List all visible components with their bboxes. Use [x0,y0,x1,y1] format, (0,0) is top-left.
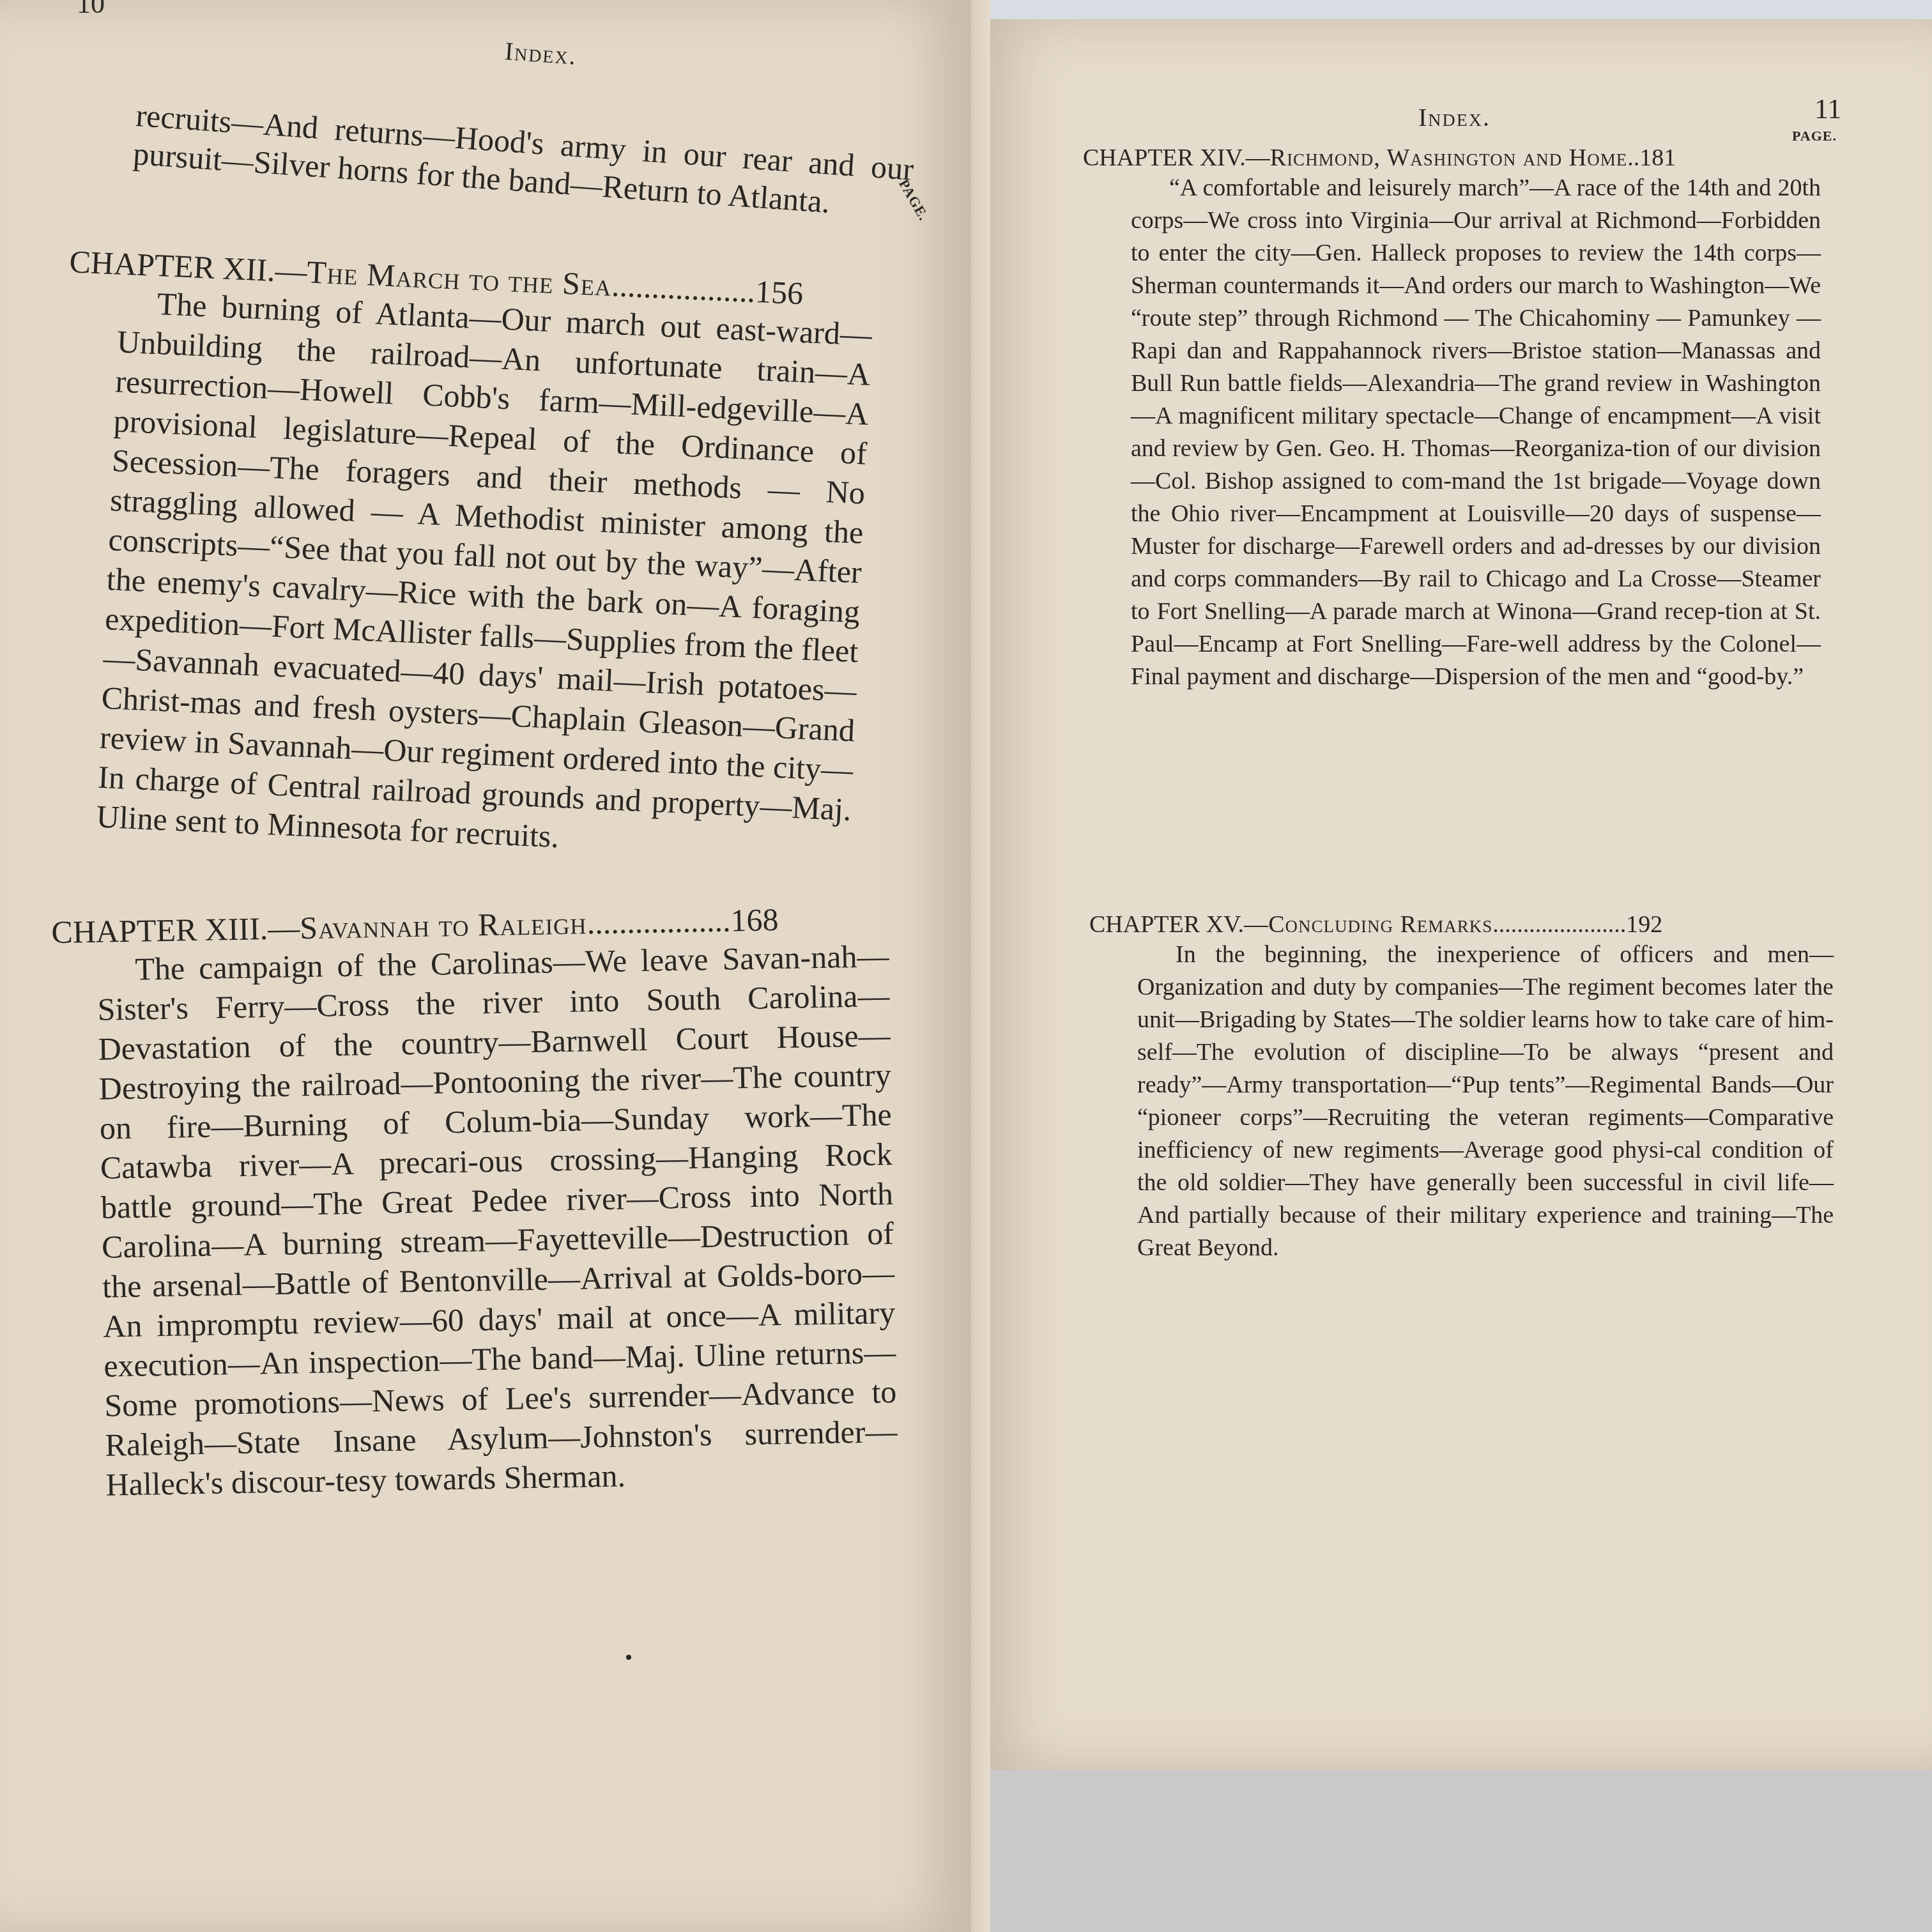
chapter-page: 156 [755,273,804,311]
chapter-summary: In the beginning, the inexperience of of… [1089,939,1834,1264]
chapter-entry: CHAPTER XV.—Concluding Remarks..........… [1089,910,1932,1264]
chapter-title: Concluding Remarks [1268,911,1492,938]
chapter-entry: CHAPTER XIV.—Richmond, Washington and Ho… [1083,144,1926,693]
chapter-entry: CHAPTER XII.—The March to the Sea.......… [45,243,939,871]
chapter-title: Richmond, Washington and Home [1270,144,1627,171]
page-number: 10 [77,0,105,20]
chapter-page: 168 [730,901,779,938]
chapter-label: CHAPTER XV.— [1089,911,1268,938]
left-page: 10 Index. PAGE. recruits—And returns—Hoo… [0,0,971,1932]
chapter-entry: CHAPTER XIII.—Savannah to Raleigh.......… [51,898,956,1505]
ink-speck [626,1655,631,1660]
chapter-leader: .................. [611,267,756,309]
chapter-page: 181 [1639,144,1676,171]
background-surface [958,1763,1932,1932]
running-head: Index. [503,36,578,71]
chapter-page: 192 [1626,911,1662,938]
right-page: Index. 11 PAGE. CHAPTER XIV.—Richmond, W… [965,19,1932,1770]
running-head: Index. [1418,102,1491,132]
continuation-block: recruits—And returns—Hood's army in our … [132,96,915,227]
chapter-leader: .. [1627,144,1639,171]
chapter-summary: The burning of Atlanta—Our march out eas… [45,280,873,869]
chapter-label: CHAPTER XIV.— [1083,144,1270,171]
chapter-heading: CHAPTER XIV.—Richmond, Washington and Ho… [1083,144,1926,172]
chapter-summary: “A comfortable and leisurely march”—A ra… [1083,172,1821,693]
chapter-label: CHAPTER XIII.— [51,910,300,950]
chapter-leader: ...................... [1492,911,1626,938]
page-column-label: PAGE. [1792,128,1837,144]
chapter-title: Savannah to Raleigh [300,905,587,946]
chapter-summary: The campaign of the Carolinas—We leave S… [52,936,898,1505]
chapter-leader: .................. [586,902,731,940]
page-number: 11 [1814,93,1841,125]
continuation-text: recruits—And returns—Hood's army in our … [132,96,915,227]
chapter-heading: CHAPTER XV.—Concluding Remarks..........… [1089,910,1932,939]
